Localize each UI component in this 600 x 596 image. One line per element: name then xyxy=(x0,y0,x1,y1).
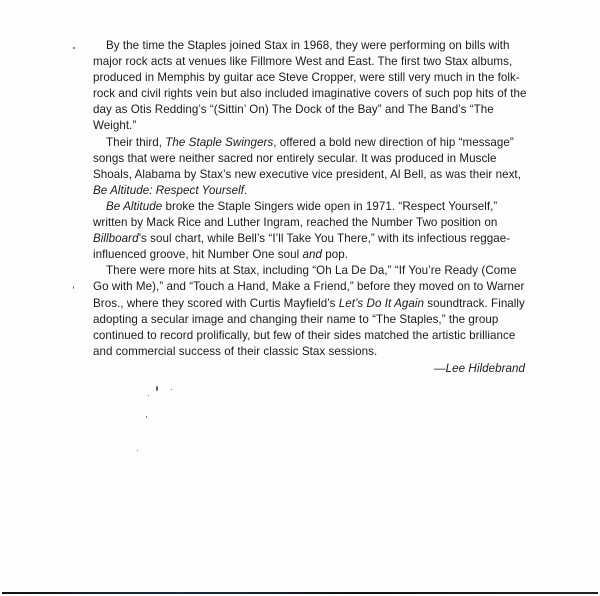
paragraph-2: Their third, The Staple Swingers, offere… xyxy=(93,135,527,199)
scan-speck xyxy=(156,386,158,391)
scan-speck xyxy=(73,286,74,289)
body-text: By the time the Staples joined Stax in 1… xyxy=(93,39,527,132)
italic-title-text: Billboard xyxy=(93,232,139,245)
body-text: Their third, xyxy=(106,136,165,149)
italic-title-text: Be Altitude xyxy=(106,200,162,213)
paragraph-3: Be Altitude broke the Staple Singers wid… xyxy=(93,199,527,263)
page-bottom-edge xyxy=(2,592,598,594)
italic-title-text: The Staple Swingers xyxy=(165,136,273,149)
italic-title-text: Be Altitude: Respect Yourself xyxy=(93,184,244,197)
italic-title-text: Let’s Do It Again xyxy=(339,297,424,310)
body-text: . xyxy=(244,184,247,197)
liner-notes-page: By the time the Staples joined Stax in 1… xyxy=(0,0,600,596)
scan-speck xyxy=(73,47,75,49)
scan-speck xyxy=(148,395,149,396)
scan-speck xyxy=(146,416,147,418)
article-body: By the time the Staples joined Stax in 1… xyxy=(93,38,527,377)
body-text: pop. xyxy=(322,248,348,261)
scan-speck xyxy=(171,389,172,390)
author-signature: —Lee Hildebrand xyxy=(93,361,527,377)
italic-title-text: and xyxy=(302,248,322,261)
paragraph-1: By the time the Staples joined Stax in 1… xyxy=(93,38,527,135)
paragraph-4: There were more hits at Stax, including … xyxy=(93,263,527,360)
scan-speck xyxy=(137,450,138,451)
